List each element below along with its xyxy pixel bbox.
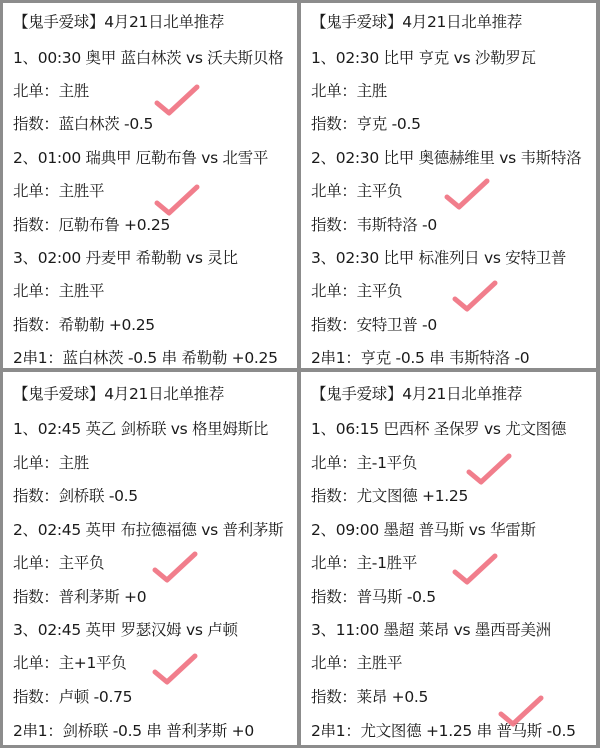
pick-line: 北单：主平负 [311,281,402,301]
match-line: 2、01:00 瑞典甲 厄勒布鲁 vs 北雪平 [13,148,268,168]
recommendation-panel: 【鬼手爱球】4月21日北单推荐 1、06:15 巴西杯 圣保罗 vs 尤文图德 … [298,369,600,748]
pick-line: 北单：主胜 [311,81,387,101]
checkmark-icon [151,652,201,688]
checkmark-icon [465,452,515,488]
parlay-line: 2串1：亨克 -0.5 串 韦斯特洛 -0 [311,348,529,368]
recommendation-panel: 【鬼手爱球】4月21日北单推荐 1、02:45 英乙 剑桥联 vs 格里姆斯比 … [0,369,300,748]
recommendation-grid: 【鬼手爱球】4月21日北单推荐 1、00:30 奥甲 蓝白林茨 vs 沃夫斯贝格… [0,0,600,748]
handicap-line: 指数：安特卫普 -0 [311,315,437,335]
checkmark-icon [153,183,203,219]
pick-line: 北单：主胜 [13,453,89,473]
match-line: 1、06:15 巴西杯 圣保罗 vs 尤文图德 [311,419,566,439]
parlay-line: 2串1：尤文图德 +1.25 串 普马斯 -0.5 [311,721,576,741]
checkmark-icon [451,552,501,588]
checkmark-icon [151,550,201,586]
pick-line: 北单：主胜 [13,81,89,101]
pick-line: 北单：主-1胜平 [311,553,417,573]
panel-title: 【鬼手爱球】4月21日北单推荐 [311,384,522,404]
checkmark-icon [451,279,501,315]
handicap-line: 指数：厄勒布鲁 +0.25 [13,215,170,235]
checkmark-icon [443,177,493,213]
panel-title: 【鬼手爱球】4月21日北单推荐 [311,12,522,32]
handicap-line: 指数：蓝白林茨 -0.5 [13,114,153,134]
handicap-line: 指数：普利茅斯 +0 [13,587,146,607]
handicap-line: 指数：卢顿 -0.75 [13,687,132,707]
handicap-line: 指数：希勒勒 +0.25 [13,315,155,335]
match-line: 1、02:45 英乙 剑桥联 vs 格里姆斯比 [13,419,268,439]
handicap-line: 指数：亨克 -0.5 [311,114,421,134]
parlay-line: 2串1：剑桥联 -0.5 串 普利茅斯 +0 [13,721,254,741]
match-line: 2、02:30 比甲 奥德赫维里 vs 韦斯特洛 [311,148,581,168]
pick-line: 北单：主+1平负 [13,653,126,673]
pick-line: 北单：主胜平 [311,653,402,673]
match-line: 3、02:00 丹麦甲 希勒勒 vs 灵比 [13,248,238,268]
match-line: 3、11:00 墨超 莱昂 vs 墨西哥美洲 [311,620,551,640]
pick-line: 北单：主平负 [13,553,104,573]
recommendation-panel: 【鬼手爱球】4月21日北单推荐 1、00:30 奥甲 蓝白林茨 vs 沃夫斯贝格… [0,0,300,371]
pick-line: 北单：主平负 [311,181,402,201]
match-line: 2、09:00 墨超 普马斯 vs 华雷斯 [311,520,536,540]
handicap-line: 指数：剑桥联 -0.5 [13,486,138,506]
recommendation-panel: 【鬼手爱球】4月21日北单推荐 1、02:30 比甲 亨克 vs 沙勒罗瓦 北单… [298,0,600,371]
match-line: 1、02:30 比甲 亨克 vs 沙勒罗瓦 [311,48,536,68]
match-line: 3、02:45 英甲 罗瑟汉姆 vs 卢顿 [13,620,238,640]
match-line: 1、00:30 奥甲 蓝白林茨 vs 沃夫斯贝格 [13,48,283,68]
pick-line: 北单：主-1平负 [311,453,417,473]
handicap-line: 指数：莱昂 +0.5 [311,687,428,707]
pick-line: 北单：主胜平 [13,181,104,201]
panel-title: 【鬼手爱球】4月21日北单推荐 [13,384,224,404]
pick-line: 北单：主胜平 [13,281,104,301]
parlay-line: 2串1：蓝白林茨 -0.5 串 希勒勒 +0.25 [13,348,278,368]
match-line: 2、02:45 英甲 布拉德福德 vs 普利茅斯 [13,520,283,540]
handicap-line: 指数：普马斯 -0.5 [311,587,436,607]
handicap-line: 指数：韦斯特洛 -0 [311,215,437,235]
checkmark-icon [153,83,203,119]
match-line: 3、02:30 比甲 标准列日 vs 安特卫普 [311,248,566,268]
panel-title: 【鬼手爱球】4月21日北单推荐 [13,12,224,32]
handicap-line: 指数：尤文图德 +1.25 [311,486,468,506]
